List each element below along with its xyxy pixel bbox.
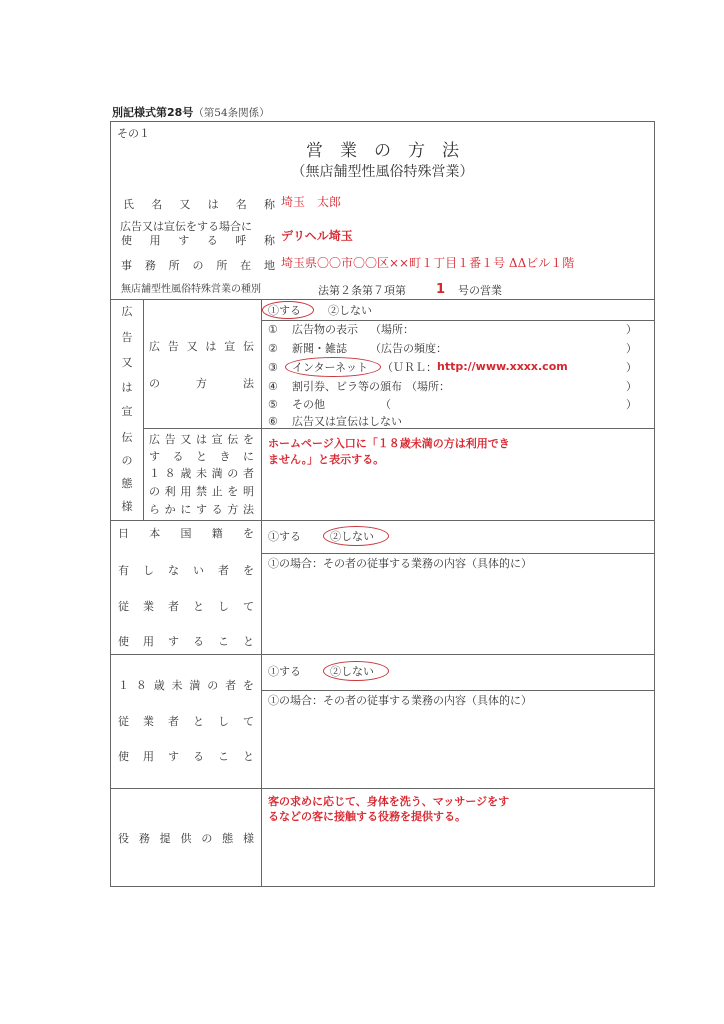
page-title: 営 業 の 方 法 [110, 143, 655, 160]
selection-circle-icon [323, 661, 389, 681]
divider [110, 654, 655, 655]
page-subtitle: （無店舗型性風俗特殊営業） [110, 165, 655, 179]
ad-option-close: ） [626, 362, 637, 373]
selection-circle-icon [262, 301, 314, 319]
ad-option-label[interactable]: 新聞・雑誌 [292, 343, 347, 354]
ad-option-close: ） [626, 399, 637, 410]
business-type-suffix: 号の営業 [458, 285, 502, 296]
name-value[interactable]: 埼玉 太郎 [281, 196, 341, 208]
business-type-prefix: 法第２条第７項第 [318, 285, 406, 296]
ad-method-label-line1: 広告又は宣伝 [149, 341, 254, 352]
ad-choice-no[interactable]: ②しない [328, 305, 372, 316]
divider [110, 788, 655, 789]
ad-name-label-line1: 広告又は宣伝をする場合に [120, 221, 252, 232]
office-label: 事務所の所在地 [121, 260, 275, 271]
selection-circle-icon [285, 357, 381, 377]
ad-option-num: ① [268, 324, 278, 335]
ad-option-label[interactable]: 広告物の表示 [292, 324, 358, 335]
service-value-line1[interactable]: 客の求めに応じて、身体を洗う、マッサージをす [268, 796, 509, 807]
ad-option-num: ② [268, 343, 278, 354]
foreign-choice-yes[interactable]: ①する [268, 531, 301, 542]
ad-name-value[interactable]: デリヘル埼玉 [281, 230, 353, 242]
business-type-label: 無店舗型性風俗特殊営業の種別 [121, 285, 261, 295]
divider [143, 299, 144, 520]
ad-option-detail: （ [380, 399, 391, 410]
ad-option-detail: （広告の頻度： [370, 343, 447, 354]
office-value[interactable]: 埼玉県〇〇市〇〇区××町１丁目１番１号 ΔΔビル１階 [281, 257, 574, 269]
article-ref: （第54条関係） [193, 107, 269, 119]
ad-option-num: ④ [268, 381, 278, 392]
selection-circle-icon [323, 526, 389, 546]
ad-option-close: ） [626, 324, 637, 335]
ad-option-detail: （ＵＲＬ： [382, 362, 437, 373]
form-number: 別記様式第28号 [112, 106, 193, 119]
ad-option-num: ⑥ [268, 416, 278, 427]
minor-prohibition-value-line1[interactable]: ホームページ入口に「１８歳未満の方は利用でき [268, 438, 510, 449]
divider [110, 299, 655, 300]
divider [261, 690, 655, 691]
service-value-line2[interactable]: るなどの客に接触する役務を提供する。 [268, 811, 466, 822]
ad-option-close: ） [626, 343, 637, 354]
ad-option-label[interactable]: その他 [292, 399, 325, 410]
business-type-number[interactable]: 1 [436, 283, 445, 296]
divider [261, 553, 655, 554]
minor-detail-label: ①の場合：その者の従事する業務の内容（具体的に） [268, 695, 532, 706]
ad-option-detail: （場所： [370, 324, 414, 335]
divider [110, 520, 655, 521]
divider [261, 320, 655, 321]
ad-option-close: ） [626, 381, 637, 392]
ad-option-num: ③ [268, 362, 278, 373]
ad-method-label-line2: の方法 [149, 378, 254, 389]
ad-option-label[interactable]: 割引券、ビラ等の頒布 [292, 381, 402, 392]
service-label: 役務提供の態様 [118, 833, 254, 844]
ad-option-detail: （場所： [406, 381, 450, 392]
minor-prohibition-value-line2[interactable]: ません。」と表示する。 [268, 454, 384, 465]
url-value[interactable]: http://www.xxxx.com [437, 361, 568, 372]
part-label: その１ [117, 128, 150, 139]
divider [143, 428, 655, 429]
form-header: 別記様式第28号（第54条関係） [112, 104, 270, 120]
ad-option-num: ⑤ [268, 399, 278, 410]
minor-choice-yes[interactable]: ①する [268, 666, 301, 677]
name-label: 氏名又は名称 [123, 199, 275, 210]
foreign-detail-label: ①の場合：その者の従事する業務の内容（具体的に） [268, 558, 532, 569]
ad-name-label-line2: 使用する呼称 [121, 235, 275, 246]
divider [261, 299, 262, 887]
ad-option-label[interactable]: 広告又は宣伝はしない [292, 416, 402, 427]
